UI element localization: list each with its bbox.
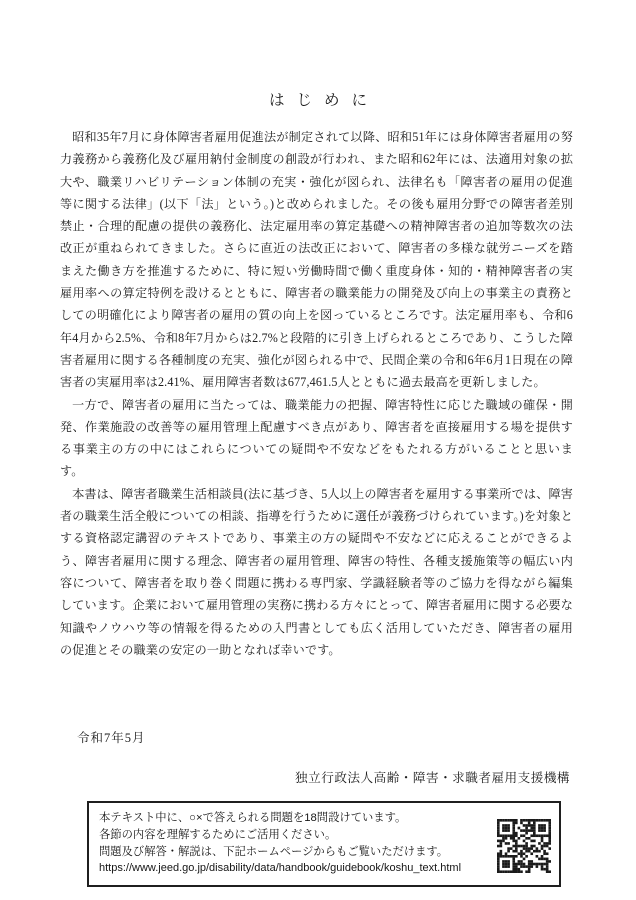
- document-page: はじめに 昭和35年7月に身体障害者雇用促進法が制定されて以降、昭和51年には身…: [0, 0, 636, 900]
- paragraph-book-purpose: 本書は、障害者職業生活相談員(法に基づき、5人以上の障害者を雇用する事業所では、…: [60, 483, 573, 661]
- paragraph-history: 昭和35年7月に身体障害者雇用促進法が制定されて以降、昭和51年には身体障害者雇…: [60, 126, 573, 394]
- notice-box: 本テキスト中に、○×で答えられる問題を18問設けています。 各節の内容を理解する…: [87, 801, 561, 887]
- page-title: はじめに: [0, 0, 636, 110]
- notice-line-1: 本テキスト中に、○×で答えられる問題を18問設けています。: [99, 810, 489, 827]
- organization-signature: 独立行政法人高齢・障害・求職者雇用支援機構: [60, 767, 570, 786]
- date: 令和7年5月: [77, 728, 146, 746]
- notice-url: https://www.jeed.go.jp/disability/data/h…: [99, 860, 489, 877]
- notice-line-2: 各節の内容を理解するためにご活用ください。: [99, 827, 489, 844]
- body-text: 昭和35年7月に身体障害者雇用促進法が制定されて以降、昭和51年には身体障害者雇…: [60, 126, 573, 661]
- notice-line-3: 問題及び解答・解説は、下記ホームページからもご覧いただけます。: [99, 844, 489, 861]
- qr-code-icon: [497, 819, 551, 873]
- paragraph-employer-concerns: 一方で、障害者の雇用に当たっては、職業能力の把握、障害特性に応じた職域の確保・開…: [60, 394, 573, 483]
